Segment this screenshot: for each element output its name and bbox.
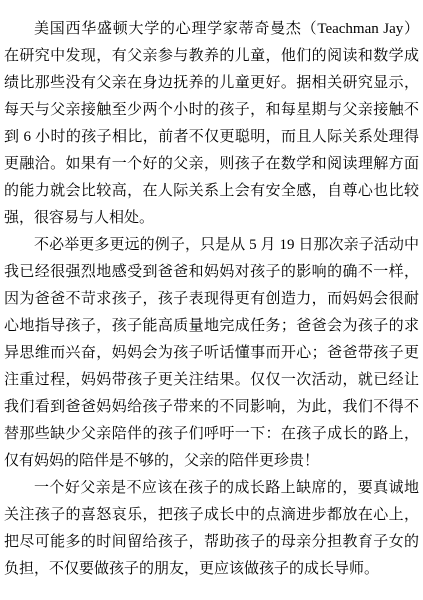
document-page: 美国西华盛顿大学的心理学家蒂奇曼杰（Teachman Jay）在研究中发现，有父… (0, 0, 423, 600)
paragraph-conclusion: 一个好父亲是不应该在孩子的成长路上缺席的，要真诚地关注孩子的喜怒哀乐，把孩子成长… (4, 475, 419, 583)
paragraph-research-findings: 美国西华盛顿大学的心理学家蒂奇曼杰（Teachman Jay）在研究中发现，有父… (4, 16, 419, 232)
paragraph-activity-example: 不必举更多更远的例子，只是从 5 月 19 日那次亲子活动中我已经很强烈地感受到… (4, 232, 419, 475)
